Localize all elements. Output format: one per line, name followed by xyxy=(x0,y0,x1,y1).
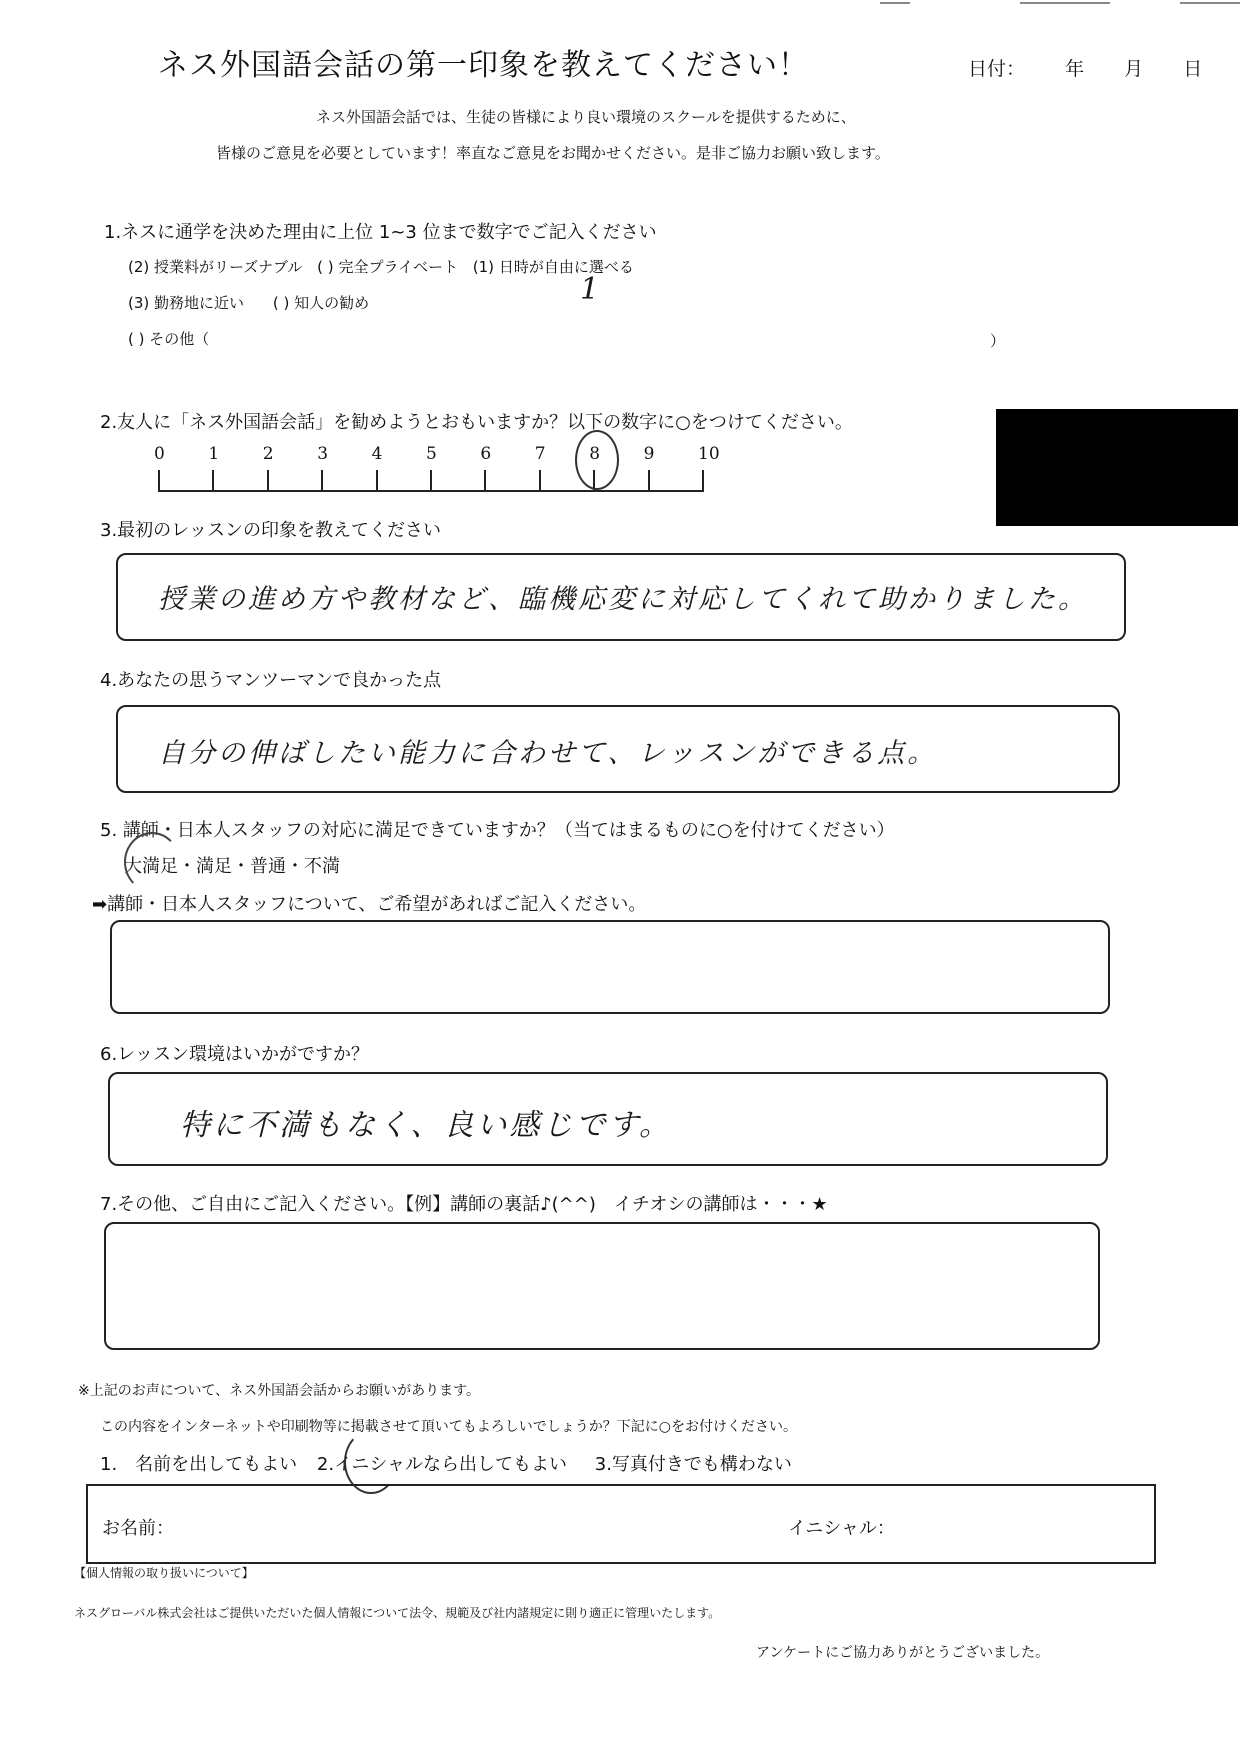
initial-input[interactable] xyxy=(918,1506,1138,1542)
privacy-text: ネスグローバル株式会社はご提供いただいた個人情報について法令、規範及び社内諸規定… xyxy=(74,1604,720,1621)
scale-tick xyxy=(484,470,486,492)
scale-number-3[interactable]: 3 xyxy=(317,444,328,464)
scan-artifact xyxy=(880,2,910,4)
q1-option-mark[interactable]: (1) xyxy=(473,258,494,276)
scale-tick xyxy=(430,470,432,492)
scale-number-9[interactable]: 9 xyxy=(644,444,655,464)
date-day: 日 xyxy=(1183,58,1202,80)
q1-option-row-3: ( ) その他（ xyxy=(128,328,209,349)
scale-number-5[interactable]: 5 xyxy=(426,444,437,464)
q3-answer: 授業の進め方や教材など、臨機応変に対応してくれて助かりました。 xyxy=(158,577,1088,616)
permission-options: 1. 名前を出してもよい 2.イニシャルなら出してもよい 3.写真付きでも構わな… xyxy=(100,1450,792,1476)
scan-artifact xyxy=(1020,2,1110,4)
q6-answer-box[interactable]: 特に不満もなく、良い感じです。 xyxy=(108,1072,1108,1166)
q4-answer-box[interactable]: 自分の伸ばしたい能力に合わせて、レッスンができる点。 xyxy=(116,705,1120,793)
q7-answer-box[interactable] xyxy=(104,1222,1100,1350)
q5-separator: ・ xyxy=(286,856,304,877)
permission-note: ※上記のお声について、ネス外国語会話からお願いがあります。 xyxy=(78,1380,480,1400)
scale-tick xyxy=(539,470,541,492)
q4-answer: 自分の伸ばしたい能力に合わせて、レッスンができる点。 xyxy=(158,731,937,770)
date-field[interactable]: 日付： 年 月 日 xyxy=(968,54,1236,81)
privacy-heading: 【個人情報の取り扱いについて】 xyxy=(74,1564,254,1581)
scale-tick xyxy=(212,470,214,492)
q3-label: 3.最初のレッスンの印象を教えてください xyxy=(100,516,441,542)
q1-handwritten-rank: 1 xyxy=(580,272,602,307)
q1-option-mark[interactable]: ( ) xyxy=(128,330,144,348)
scale-tick xyxy=(376,470,378,492)
q1-other-close: ） xyxy=(990,330,1005,351)
scale-number-1[interactable]: 1 xyxy=(208,444,219,464)
scale-tick xyxy=(648,470,650,492)
q5-followup-label: ➡講師・日本人スタッフについて、ご希望があればご記入ください。 xyxy=(92,890,646,916)
q5-separator: ・ xyxy=(178,856,196,877)
intro-line-1: ネス外国語会話では、生徒の皆様により良い環境のスクールを提供するために、 xyxy=(316,106,856,127)
q1-option-row-2: (3) 勤務地に近い ( ) 知人の勧め xyxy=(128,292,369,313)
permission-option-1[interactable]: 1. 名前を出してもよい xyxy=(100,1454,297,1475)
q5-separator: ・ xyxy=(232,856,250,877)
q1-option-mark[interactable]: ( ) xyxy=(273,294,289,312)
q1-option-mark[interactable]: (2) xyxy=(128,258,149,276)
q4-label: 4.あなたの思うマンツーマンで良かった点 xyxy=(100,666,441,692)
page-title: ネス外国語会話の第一印象を教えてください！ xyxy=(158,40,809,84)
scale-selection-circle xyxy=(575,430,619,490)
scale-tick xyxy=(158,470,160,492)
date-label: 日付： xyxy=(968,58,1025,80)
q1-option-text: 授業料がリーズナブル xyxy=(154,258,302,276)
scale-number-0[interactable]: 0 xyxy=(154,444,165,464)
q5-choice[interactable]: 不満 xyxy=(304,856,340,877)
name-input[interactable] xyxy=(198,1506,758,1542)
q5-label: 5. 講師・日本人スタッフの対応に満足できていますか？（当てはまるものに○を付け… xyxy=(100,816,895,842)
scale-tick xyxy=(321,470,323,492)
q1-option-text: 知人の勧め xyxy=(294,294,369,312)
q5-choice[interactable]: 満足 xyxy=(196,856,232,877)
scale-tick xyxy=(267,470,269,492)
q1-label: 1.ネスに通学を決めた理由に上位 1~3 位まで数字でご記入ください xyxy=(104,218,657,244)
scale-number-10[interactable]: 10 xyxy=(698,444,720,464)
scale-number-4[interactable]: 4 xyxy=(372,444,383,464)
q3-answer-box[interactable]: 授業の進め方や教材など、臨機応変に対応してくれて助かりました。 xyxy=(116,553,1126,641)
scale-tick xyxy=(702,470,704,492)
q1-option-row-1: (2) 授業料がリーズナブル ( ) 完全プライベート (1) 日時が自由に選べ… xyxy=(128,256,634,277)
q1-option-text: 日時が自由に選べる xyxy=(499,258,634,276)
intro-line-2: 皆様のご意見を必要としています！率直なご意見をお聞かせください。是非ご協力お願い… xyxy=(216,142,890,163)
q1-option-text: 勤務地に近い xyxy=(154,294,244,312)
scale-baseline xyxy=(158,490,702,492)
scale-number-7[interactable]: 7 xyxy=(535,444,546,464)
date-year: 年 xyxy=(1065,58,1084,80)
q5-followup-box[interactable] xyxy=(110,920,1110,1014)
permission-question: この内容をインターネットや印刷物等に掲載させて頂いてもよろしいでしょうか？下記に… xyxy=(100,1416,797,1436)
q2-label: 2.友人に「ネス外国語会話」を勧めようとおもいますか？以下の数字に○をつけてくだ… xyxy=(100,408,853,434)
initial-label: イニシャル： xyxy=(788,1514,895,1540)
name-label: お名前： xyxy=(102,1514,174,1540)
name-box: お名前： イニシャル： xyxy=(86,1484,1156,1564)
q1-option-text: 完全プライベート xyxy=(338,258,458,276)
scan-artifact xyxy=(1180,2,1240,4)
q1-option-mark[interactable]: (3) xyxy=(128,294,149,312)
q6-answer: 特に不満もなく、良い感じです。 xyxy=(180,1100,672,1144)
q1-option-text: その他（ xyxy=(149,330,209,348)
date-month: 月 xyxy=(1124,58,1143,80)
permission-option-3[interactable]: 3.写真付きでも構わない xyxy=(595,1454,792,1475)
q7-label: 7.その他、ご自由にご記入ください。【例】講師の裏話♪(^^) イチオシの講師は… xyxy=(100,1190,828,1216)
q6-label: 6.レッスン環境はいかがですか？ xyxy=(100,1040,369,1066)
scale-number-2[interactable]: 2 xyxy=(263,444,274,464)
scale-number-6[interactable]: 6 xyxy=(480,444,491,464)
q5-choice[interactable]: 普通 xyxy=(250,856,286,877)
redaction-block xyxy=(996,409,1238,526)
q5-selection-mark xyxy=(124,832,180,892)
thanks-text: アンケートにご協力ありがとうございました。 xyxy=(756,1642,1049,1662)
q1-option-mark[interactable]: ( ) xyxy=(317,258,333,276)
